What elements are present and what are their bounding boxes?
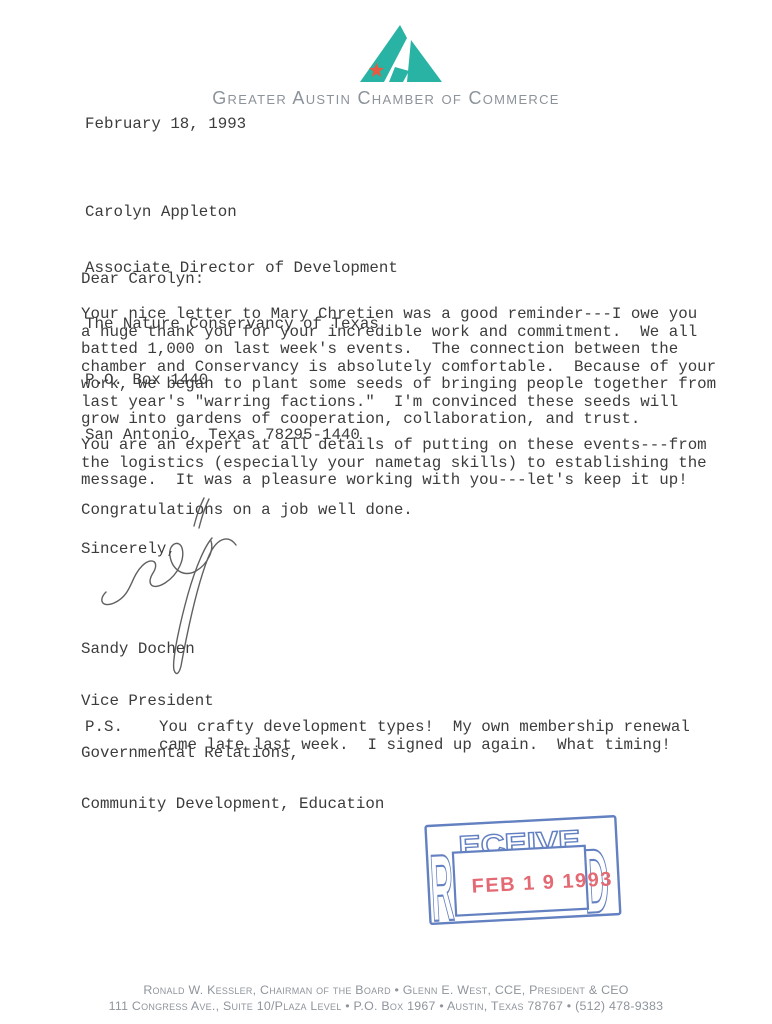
body-paragraph-3: Congratulations on a job well done.: [81, 502, 413, 520]
signer-name: Sandy Dochen: [81, 641, 384, 658]
signer-dept-2: Community Development, Education: [81, 796, 384, 813]
stamp-letter-r: R: [428, 834, 456, 937]
letter-page: Greater Austin Chamber of Commerce Febru…: [0, 0, 772, 1024]
chamber-logo-icon: [354, 20, 446, 88]
postscript-text: You crafty development types! My own mem…: [159, 719, 690, 754]
body-paragraph-1: Your nice letter to Mary Chretien was a …: [81, 306, 716, 429]
received-stamp: R ECEIVE D FEB 1 9 1993: [421, 807, 627, 937]
footer-officers: Ronald W. Kessler, Chairman of the Board…: [0, 982, 772, 998]
letter-footer: Ronald W. Kessler, Chairman of the Board…: [0, 982, 772, 1014]
recipient-name: Carolyn Appleton: [85, 203, 398, 222]
salutation: Dear Carolyn:: [81, 271, 204, 289]
logo-crossbar: [389, 67, 409, 82]
body-paragraph-2: You are an expert at all details of putt…: [81, 437, 707, 490]
footer-address: 111 Congress Ave., Suite 10/Plaza Level …: [0, 998, 772, 1014]
letter-date: February 18, 1993: [85, 116, 246, 134]
letterhead-org-name: Greater Austin Chamber of Commerce: [0, 88, 772, 109]
postscript-label: P.S.: [85, 719, 123, 737]
logo-right-band: [407, 40, 442, 82]
valediction: Sincerely,: [81, 541, 176, 559]
signer-title: Vice President: [81, 693, 384, 710]
